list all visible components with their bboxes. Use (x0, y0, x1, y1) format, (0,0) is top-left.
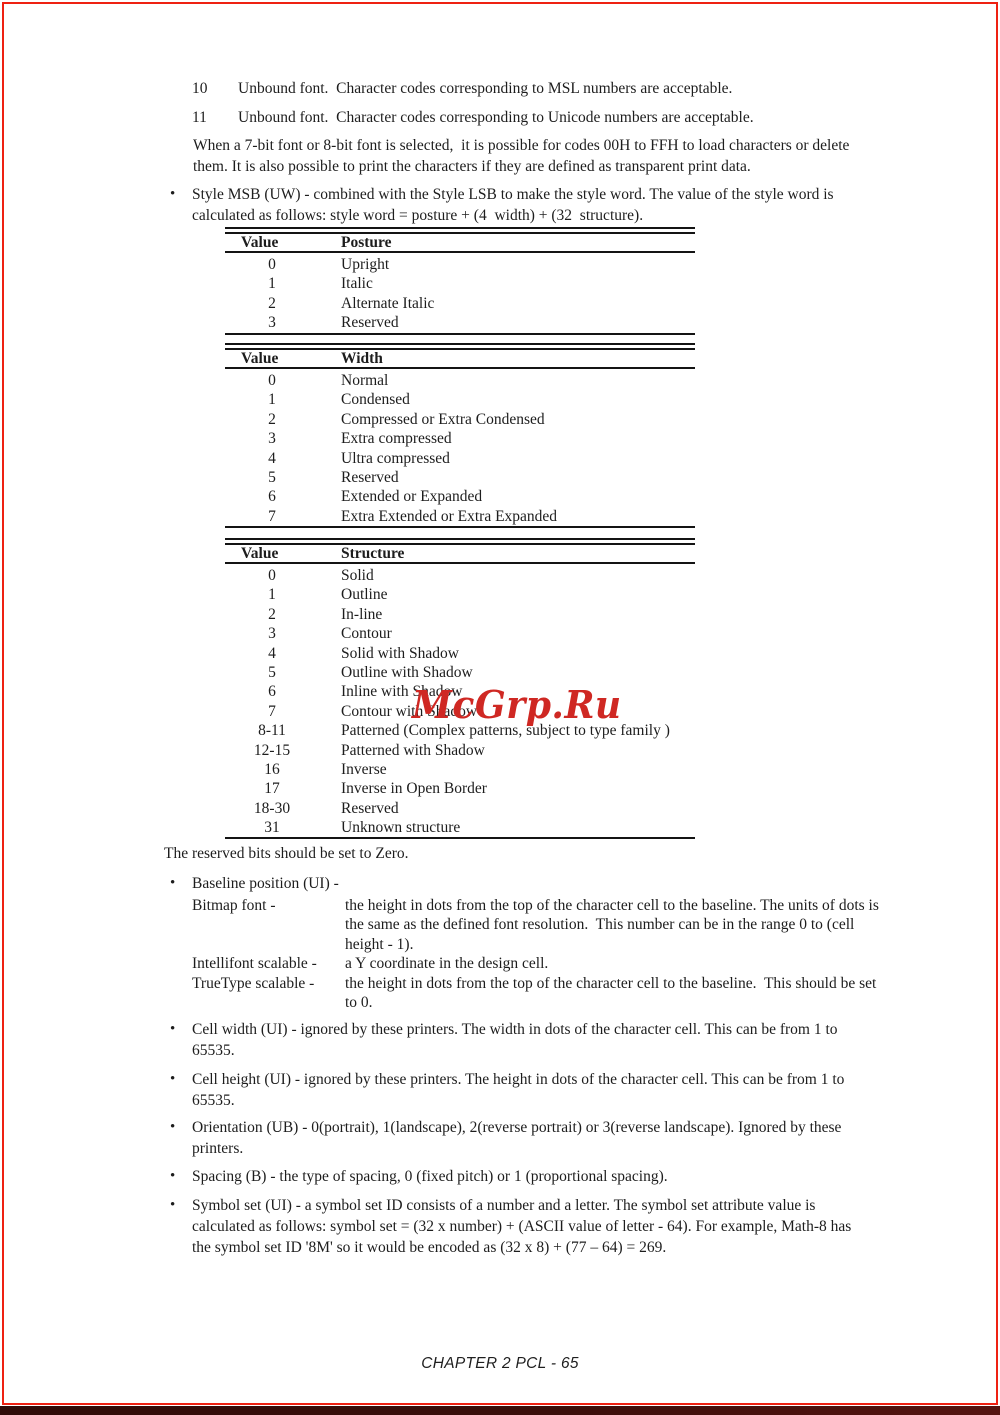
width-cell: Extra Extended or Extra Expanded (341, 507, 557, 526)
width-cell: Extra compressed (341, 429, 452, 448)
structure-cell: Solid (341, 566, 374, 585)
value-cell: 3 (225, 429, 319, 448)
reserved-bits-note: The reserved bits should be set to Zero. (164, 845, 924, 863)
definition-description: the height in dots from the top of the c… (345, 974, 935, 1013)
value-cell: 31 (225, 818, 319, 837)
width-column-header: Width (341, 351, 383, 367)
table-top-rule (225, 538, 695, 545)
table-row: 0 Upright (225, 255, 695, 274)
definition-row: TrueType scalable - the height in dots f… (192, 974, 937, 1013)
document-page: { "intro": { "items": [ { "num": "10", "… (0, 0, 1000, 1415)
definition-term: Intellifont scalable - (192, 954, 345, 973)
value-cell: 2 (225, 410, 319, 429)
structure-cell: Solid with Shadow (341, 644, 459, 663)
table-row: 18-30 Reserved (225, 799, 695, 818)
structure-cell: Unknown structure (341, 818, 460, 837)
table-row: 2 Compressed or Extra Condensed (225, 410, 695, 429)
value-cell: 0 (225, 371, 319, 390)
value-cell: 6 (225, 682, 319, 701)
bullet-cell-height: Cell height (UI) - ignored by these prin… (169, 1070, 942, 1112)
intro-paragraph: When a 7-bit font or 8-bit font is selec… (193, 136, 933, 178)
table-body: 0 Upright 1 Italic 2 Alternate Italic 3 … (225, 253, 695, 333)
item-number: 10 (192, 79, 238, 100)
list-item-11: 11 Unbound font. Character codes corresp… (192, 108, 932, 129)
table-row: 5 Reserved (225, 468, 695, 487)
value-cell: 1 (225, 274, 319, 293)
width-table: Value Width 0 Normal 1 Condensed 2 Compr… (225, 343, 695, 528)
table-top-rule (225, 343, 695, 350)
value-column-header: Value (225, 235, 319, 251)
width-cell: Normal (341, 371, 388, 390)
table-row: 17 Inverse in Open Border (225, 779, 695, 798)
table-row: 12-15 Patterned with Shadow (225, 741, 695, 760)
posture-cell: Alternate Italic (341, 294, 434, 313)
value-column-header: Value (225, 546, 319, 562)
value-cell: 1 (225, 585, 319, 604)
definition-term: Bitmap font - (192, 896, 345, 954)
mcgrp-watermark: McGrp.Ru (412, 685, 622, 725)
table-row: 4 Ultra compressed (225, 449, 695, 468)
structure-column-header: Structure (341, 546, 404, 562)
definition-row: Intellifont scalable - a Y coordinate in… (192, 954, 937, 973)
value-cell: 12-15 (225, 741, 319, 760)
structure-cell: Inverse (341, 760, 387, 779)
table-row: 16 Inverse (225, 760, 695, 779)
table-bottom-rule (225, 333, 695, 335)
value-cell: 1 (225, 390, 319, 409)
structure-cell: Outline (341, 585, 388, 604)
value-cell: 7 (225, 702, 319, 721)
posture-cell: Reserved (341, 313, 399, 332)
value-cell: 4 (225, 644, 319, 663)
structure-cell: Outline with Shadow (341, 663, 473, 682)
table-bottom-rule (225, 837, 695, 839)
definition-description: a Y coordinate in the design cell. (345, 954, 935, 973)
bottom-scan-bar (0, 1406, 1000, 1415)
value-cell: 18-30 (225, 799, 319, 818)
table-header-row: Value Width (225, 351, 695, 367)
table-row: 7 Extra Extended or Extra Expanded (225, 507, 695, 526)
width-cell: Extended or Expanded (341, 487, 482, 506)
item-number: 11 (192, 108, 238, 129)
definition-description: the height in dots from the top of the c… (345, 896, 935, 954)
width-cell: Condensed (341, 390, 410, 409)
item-text: Unbound font. Character codes correspond… (238, 79, 732, 100)
posture-cell: Italic (341, 274, 373, 293)
page-footer: CHAPTER 2 PCL - 65 (0, 1355, 1000, 1373)
baseline-definition-list: Bitmap font - the height in dots from th… (192, 896, 937, 1012)
table-row: 4 Solid with Shadow (225, 644, 695, 663)
table-header-row: Value Posture (225, 235, 695, 251)
table-row: 1 Outline (225, 585, 695, 604)
table-row: 0 Normal (225, 371, 695, 390)
bullet-orientation: Orientation (UB) - 0(portrait), 1(landsc… (169, 1118, 942, 1160)
table-row: 31 Unknown structure (225, 818, 695, 837)
structure-cell: Patterned with Shadow (341, 741, 485, 760)
value-cell: 5 (225, 663, 319, 682)
table-row: 6 Extended or Expanded (225, 487, 695, 506)
structure-cell: In-line (341, 605, 382, 624)
table-bottom-rule (225, 526, 695, 528)
table-row: 3 Contour (225, 624, 695, 643)
bullet-spacing: Spacing (B) - the type of spacing, 0 (fi… (169, 1167, 942, 1188)
posture-column-header: Posture (341, 235, 392, 251)
bullet-baseline-position: Baseline position (UI) - (169, 874, 942, 895)
width-cell: Reserved (341, 468, 399, 487)
value-cell: 4 (225, 449, 319, 468)
table-row: 0 Solid (225, 566, 695, 585)
table-row: 3 Reserved (225, 313, 695, 332)
value-cell: 0 (225, 566, 319, 585)
value-column-header: Value (225, 351, 319, 367)
table-row: 2 Alternate Italic (225, 294, 695, 313)
posture-table: Value Posture 0 Upright 1 Italic 2 Alter… (225, 227, 695, 335)
value-cell: 2 (225, 605, 319, 624)
value-cell: 17 (225, 779, 319, 798)
table-header-row: Value Structure (225, 546, 695, 562)
value-cell: 16 (225, 760, 319, 779)
definition-row: Bitmap font - the height in dots from th… (192, 896, 937, 954)
width-cell: Compressed or Extra Condensed (341, 410, 545, 429)
structure-cell: Reserved (341, 799, 399, 818)
value-cell: 5 (225, 468, 319, 487)
value-cell: 0 (225, 255, 319, 274)
table-row: 1 Condensed (225, 390, 695, 409)
value-cell: 3 (225, 313, 319, 332)
table-body: 0 Normal 1 Condensed 2 Compressed or Ext… (225, 369, 695, 527)
table-row: 5 Outline with Shadow (225, 663, 695, 682)
bullet-symbol-set: Symbol set (UI) - a symbol set ID consis… (169, 1196, 942, 1258)
posture-cell: Upright (341, 255, 389, 274)
structure-cell: Inverse in Open Border (341, 779, 487, 798)
value-cell: 3 (225, 624, 319, 643)
structure-cell: Contour (341, 624, 392, 643)
value-cell: 8-11 (225, 721, 319, 740)
bullet-cell-width: Cell width (UI) - ignored by these print… (169, 1020, 942, 1062)
table-row: 3 Extra compressed (225, 429, 695, 448)
table-top-rule (225, 227, 695, 234)
definition-term: TrueType scalable - (192, 974, 345, 1013)
item-text: Unbound font. Character codes correspond… (238, 108, 754, 129)
table-row: 2 In-line (225, 605, 695, 624)
table-row: 1 Italic (225, 274, 695, 293)
bullet-style-msb: Style MSB (UW) - combined with the Style… (169, 185, 942, 227)
value-cell: 6 (225, 487, 319, 506)
value-cell: 7 (225, 507, 319, 526)
width-cell: Ultra compressed (341, 449, 450, 468)
list-item-10: 10 Unbound font. Character codes corresp… (192, 79, 932, 100)
value-cell: 2 (225, 294, 319, 313)
